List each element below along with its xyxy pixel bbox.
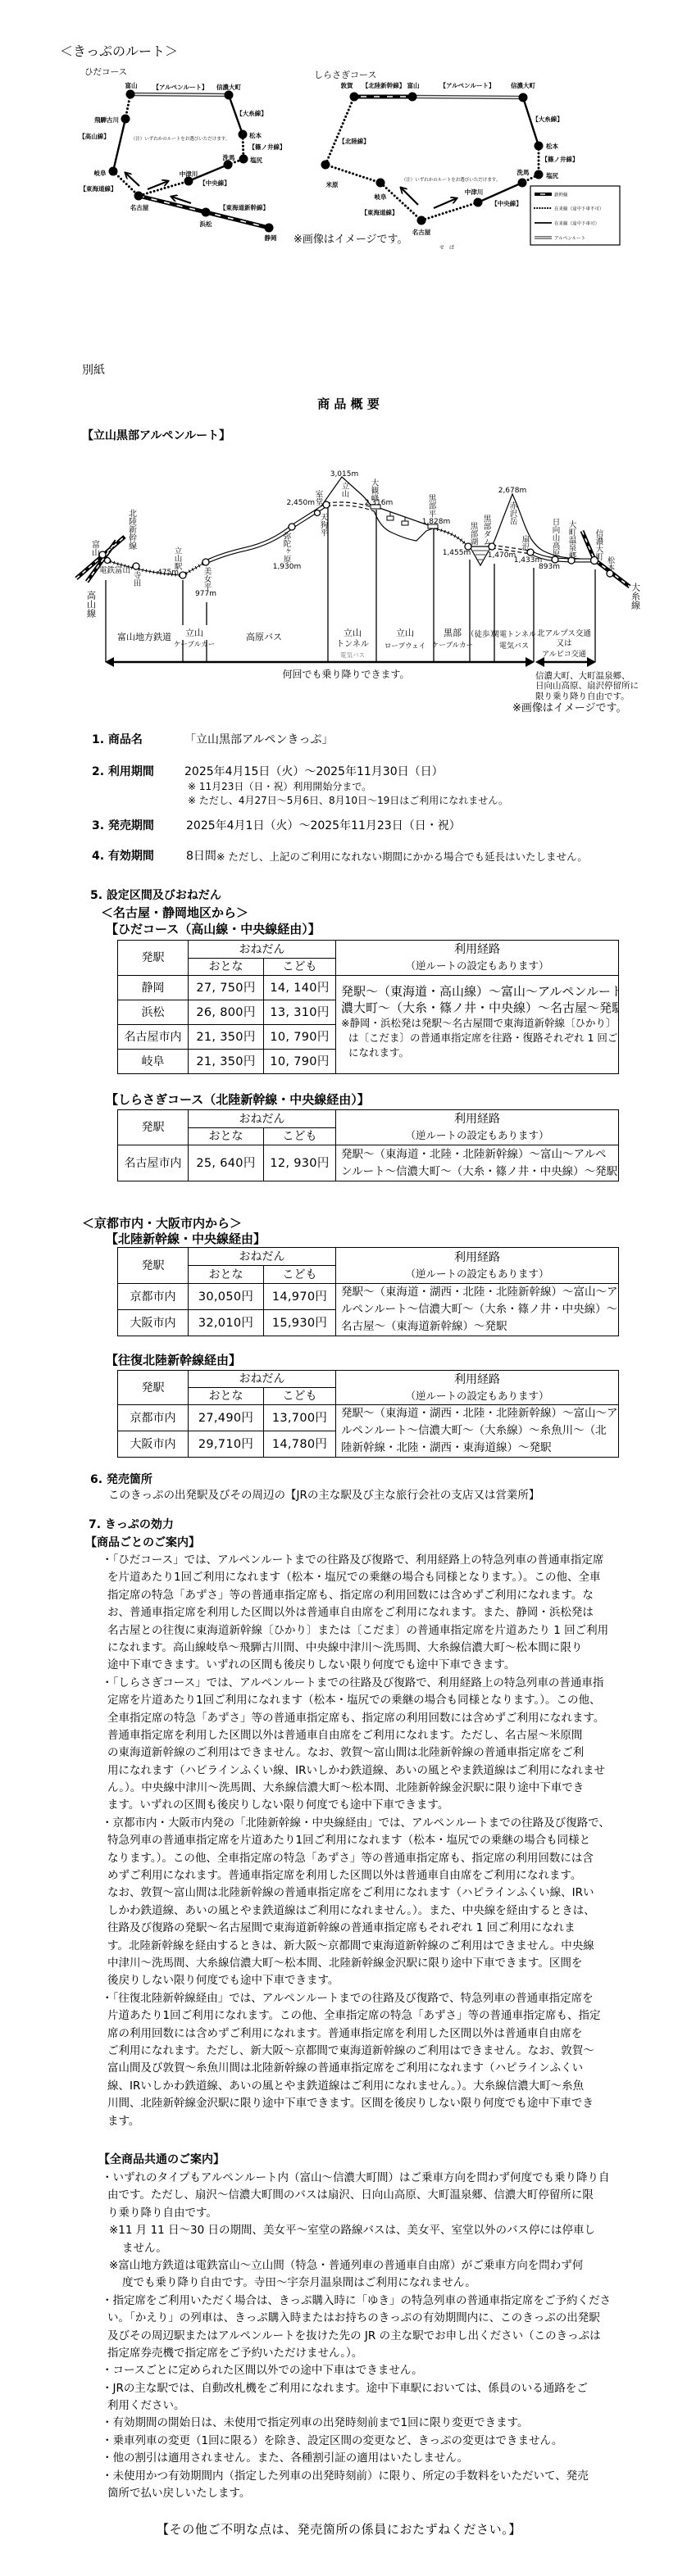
station-cell: 名古屋市内 (118, 1145, 189, 1181)
child-price-cell: 14,970円 (264, 1284, 336, 1310)
route-note-line: ※静岡・浜松発は発駅～名古屋間で東海道新幹線〔ひかり〕また (341, 1016, 618, 1031)
header-route-label: 利用経路 (336, 941, 618, 958)
header-child: こども (264, 1388, 336, 1405)
elev-label-tengudaira: 天狗平 (319, 513, 329, 537)
product-name-label: 1. 商品名 (92, 732, 143, 747)
route-cell: 発駅～（東海道・湖西・北陸・北陸新幹線）～富山～ア ルペンルート～信濃大町～（大… (336, 1405, 619, 1458)
elev-label-oito-line: 大糸線 (630, 582, 641, 610)
usage-period-note-1: ※ 11月23日（日・祝）利用開始分まで。 (188, 780, 371, 793)
fare-table-round-trip-hokuriku: 発駅 おねだん 利用経路 （逆ルートの設定もあります） おとな こども 京都市内… (117, 1370, 619, 1458)
fare-table-hokuriku-chuo: 発駅 おねだん 利用経路 （逆ルートの設定もあります） おとな こども 京都市内… (117, 1247, 619, 1336)
gondola-icon (387, 516, 394, 520)
route-line: ルペンルート～信濃大町～（大糸・篠ノ井・中央線）～ (341, 1301, 618, 1318)
line-label-oito: 【大糸線】 (236, 109, 267, 117)
region-heading-nagoya-shizuoka: ＜名古屋・静岡地区から＞ (101, 905, 248, 921)
bus-note-line-3: 限り乗り降り自由です。 (535, 691, 630, 701)
list-item: ・指定席をご利用いただく場合は、きっぷ購入時に「ゆき」の特急列車の普通車指定席を… (102, 2293, 611, 2363)
elev-alt-akazawa-peak: 2,678m (498, 487, 527, 495)
elev-label-dentetsu-toyama: 電鉄富山 (99, 565, 130, 575)
segment-kurobe-cable-sub: ケーブルカー (432, 642, 473, 650)
header-route-label: 利用経路 (336, 1249, 618, 1266)
route-line: 名古屋～（東海道新幹線）～発駅 (341, 1318, 618, 1336)
header-route: 利用経路 （逆ルートの設定もあります） (336, 1248, 619, 1284)
header-route-label: 利用経路 (336, 1111, 618, 1127)
route-line: 発駅～（東海道・北陸・北陸新幹線）～富山～アルペ (341, 1146, 618, 1163)
line-label-oito: 【大糸線】 (532, 115, 563, 123)
line-label-takayama: 【高山線】 (79, 132, 110, 140)
station-label-seba: 洗馬 (517, 168, 530, 176)
validity-label: 4. 有効期間 (92, 849, 154, 864)
elev-label-terada: 寺田 (132, 570, 142, 587)
text-line: めずご利用になれます。普通車指定席を利用した区間以外は普通車自由席をご利用になれ… (102, 1867, 610, 1884)
elev-alt-murodo: 2,450m (286, 499, 315, 507)
elev-label-midagahara: 弥陀ヶ原 (282, 532, 292, 563)
line-label-alpen: 【アルペンルート】 (152, 83, 207, 91)
elev-label-shinano-omachi: 信濃大町 (594, 528, 604, 560)
route-line: ンルート～信濃大町～（大糸・篠ノ井・中央線）～発駅 (341, 1163, 618, 1181)
header-route-sub: （逆ルートの設定もあります） (336, 1266, 618, 1282)
station-label-nagoya: 名古屋 (130, 203, 149, 211)
route-maps: ひだコース 富山 【アルペンルート】 信濃大町 飛騨古川 【高山線】 （注）いず… (0, 0, 678, 262)
line-label-tokaido-shinkansen: 【東海道新幹線】 (220, 203, 269, 211)
per-product-heading: 【商品ごとのご案内】 (85, 1535, 200, 1552)
header-price: おねだん (189, 1371, 336, 1388)
line-label-tokaido: 【東海道線】 (362, 208, 398, 216)
text-line: 名古屋との往復に東海道新幹線〔ひかり〕または〔こだま〕の普通車指定席を片道あたり… (102, 1622, 610, 1639)
text-line: ご利用になれます。ただし、新大阪～京都間で東海道新幹線のご利用はできません。なお… (102, 2043, 610, 2060)
elevation-image-note: ※画像はイメージです。 (512, 702, 626, 714)
shirasagi-stopover-lines (478, 98, 539, 202)
alpen-route-heading: 【立山黒部アルペンルート】 (82, 429, 230, 443)
line-label-chuo: 【中央線】 (199, 179, 230, 187)
segment-tateyama-ropeway-name: 立山 (396, 628, 414, 638)
text-line: り乗り降り自由です。 (102, 2205, 611, 2222)
list-item: ・いずれのタイプもアルペンルート内（富山～信濃大町間）はご乗車方向を問わず何度で… (102, 2170, 611, 2222)
text-line: の東海道新幹線のご利用はできません。なお、敦賀～富山間は北陸新幹線の普通車指定席… (102, 1744, 610, 1762)
station-label-nagoya: 名古屋 (412, 228, 431, 236)
route-line: 濃大町～（大糸・篠ノ井・中央線）～名古屋～発駅 (341, 1000, 618, 1016)
line-label-chuo: 【中央線】 (491, 199, 522, 207)
line-label-shinonoi: 【篠ノ井線】 (249, 143, 286, 151)
elev-alt-daikanbo: 2,316m (365, 499, 394, 507)
hida-route-note: （注）いずれかのルートをお選びいただけます。 (131, 135, 230, 142)
text-line: 用になれます（ハピラインふくい線、IRいしかわ鉄道線、あいの風とやま鉄道線はご利… (102, 1762, 610, 1780)
route-map-image-note: ※画像はイメージです。 (293, 234, 407, 246)
header-child: こども (264, 1266, 336, 1284)
station-label-gifu: 岐阜 (375, 193, 387, 201)
hida-route-map: ひだコース 富山 【アルペンルート】 信濃大町 飛騨古川 【高山線】 （注）いず… (79, 67, 285, 242)
header-adult: おとな (189, 1128, 264, 1145)
station-label-shiojiri: 塩尻 (546, 171, 558, 179)
text-line: 中津川～洗馬間、大糸線信濃大町～松本間、北陸新幹線金沢駅に限り途中下車できます。… (102, 1955, 610, 1972)
segment-kita-alps-name: 北アルプス交通 (537, 628, 591, 638)
shirasagi-route-note: （注）いずれかのルートをお選びいただけます。 (402, 176, 501, 183)
header-route: 利用経路 （逆ルートの設定もあります） (336, 941, 619, 976)
header-child: こども (264, 1128, 336, 1145)
header-adult: おとな (189, 1388, 264, 1405)
bus-note-line-1: 信濃大町、大町温泉郷、 (535, 670, 630, 681)
legend-shinkansen-label: 新幹線 (554, 192, 568, 198)
per-product-list: ・「ひだコース」では、アルペンルートまでの往路及び復路で、利用経路上の特急列車の… (102, 1552, 610, 2130)
adult-price-cell: 25, 640円 (189, 1145, 264, 1181)
list-item: ・他の割引は適用されません。また、各種割引証の適用はいたしません。 (102, 2450, 611, 2467)
elev-label-tateyama-peak: 立山 (340, 481, 350, 498)
elev-alt-bijodaira: 977m (195, 590, 216, 598)
text-line: しかわ鉄道線、あいの風とやま鉄道線はご利用になれません。）。また、中央線を経由す… (102, 1903, 610, 1920)
elev-label-tateyama-station: 立山駅 (173, 546, 184, 570)
station-label-shinano-omachi: 信濃大町 (216, 83, 241, 91)
usage-period-label: 2. 利用期間 (92, 764, 154, 779)
station-label-matsumoto: 松本 (545, 142, 558, 150)
header-route-label: 利用経路 (336, 1372, 618, 1388)
line-label-alpen: 【アルペンルート】 (439, 81, 494, 89)
adult-price-cell: 32,010円 (189, 1310, 264, 1336)
line-label-shinonoi: 【篠ノ井線】 (542, 155, 579, 163)
bus-road (206, 505, 594, 562)
adult-price-cell: 27, 750円 (189, 976, 264, 1000)
segment-kurobe-cable-name: 黒部 (444, 628, 462, 638)
legend-alpen-label: アルペンルート (554, 236, 585, 242)
line-label-hokuriku: 【北陸線】 (339, 137, 370, 145)
child-price-cell: 13, 310円 (264, 1000, 336, 1025)
text-line: ・JRの主な駅では、自動改札機をご利用になれます。途中下車駅においては、係員のい… (102, 2380, 611, 2397)
text-line: ・他の割引は適用されません。また、各種割引証の適用はいたしません。 (102, 2450, 611, 2467)
ticket-validity-heading: 7. きっぷの効力 (89, 1517, 174, 1534)
station-cell: 大阪市内 (118, 1310, 189, 1336)
line-label-hokuriku-shinkansen: 【北陸新幹線】 (362, 81, 406, 89)
fare-table-hida: 発駅 おねだん 利用経路 （逆ルートの設定もあります） おとな こども 静岡 2… (117, 940, 619, 1074)
document-page: ＜きっぷのルート＞ ひだコース 富山 【ア (0, 0, 678, 2576)
hida-direction-arrow-icon (171, 197, 191, 203)
child-price-cell: 15,930円 (264, 1310, 336, 1336)
hida-alpen-route-inner (130, 94, 229, 95)
list-note: ※富山地方鉄道は電鉄富山～立山間（特急・普通列車の普通車自由席）がご乗車方向を問… (102, 2257, 611, 2293)
segment-toyama-chiho-railway: 富山地方鉄道 (117, 631, 171, 642)
text-line: 途中下車できます。いずれの区間も後戻りしない限り何度でも途中下車できます。 (102, 1657, 610, 1674)
route-cell: 発駅～（東海道・湖西・北陸・北陸新幹線）～富山～ア ルペンルート～信濃大町～（大… (336, 1284, 619, 1336)
shirasagi-direction-arrow-icon (401, 188, 418, 205)
text-line: ません。 (102, 2240, 611, 2257)
segment-tateyama-cable-sub: ケーブルカー (174, 641, 215, 649)
product-name-value: 「立山黒部アルペンきっぷ」 (184, 732, 333, 747)
list-item: ・未使用かつ有効期間内（指定した列車の出発時刻前）に限り、所定の手数料をいただい… (102, 2468, 611, 2503)
station-label-shiojiri: 塩尻 (250, 156, 262, 164)
segment-tateyama-tunnel-name: 立山 (344, 628, 362, 638)
elev-label-bijodaira: 美女平 (202, 566, 212, 591)
text-line: 指定席の特急「あずさ」等の普通車指定席も、指定席の利用回数には含めずご利用になれ… (102, 1587, 610, 1604)
list-item: ・JRの主な駅では、自動改札機をご利用になれます。途中下車駅においては、係員のい… (102, 2380, 611, 2415)
header-route: 利用経路 （逆ルートの設定もあります） (336, 1110, 619, 1145)
text-line: ・いずれのタイプもアルペンルート内（富山～信濃大町間）はご乗車方向を問わず何度で… (102, 2170, 611, 2187)
elev-label-matsumoto: 松本 (606, 556, 615, 572)
elev-label-toyama: 富山 (90, 539, 100, 557)
text-line: 利用ください。 (102, 2397, 611, 2415)
station-cell: 岐阜 (118, 1050, 189, 1074)
station-label-gifu: 岐阜 (94, 169, 107, 177)
segment-tateyama-tunnel-note: 電気バス (340, 651, 365, 659)
text-line: 度でも乗り降り自由です。寺田～宇奈月温泉間はご利用になれません。 (102, 2274, 611, 2292)
segment-kita-alps-sub: 又は (556, 639, 571, 648)
list-note: ※11 月 11 日～30 日の期間、美女平～室堂の路線バスは、美女平、室堂以外… (102, 2222, 611, 2257)
fares-heading: 5. 設定区間及びおねだん (90, 888, 221, 903)
child-price-cell: 10, 790円 (264, 1050, 336, 1074)
shirasagi-direction-arrow-icon (434, 198, 457, 208)
child-price-cell: 14,780円 (264, 1431, 336, 1458)
child-price-cell: 10, 790円 (264, 1025, 336, 1050)
adult-price-cell: 29,710円 (189, 1431, 264, 1458)
route-note-line: は〔こだま〕の普通車指定席を往路・復路それぞれ 1 回ご利用 (341, 1031, 618, 1045)
text-line: ん。）。中央線中津川～洗馬間、大糸線信濃大町～松本間、北陸新幹線金沢駅に限り途中… (102, 1780, 610, 1797)
station-label-toyama: 富山 (125, 81, 138, 89)
elev-label-omachi-onsen: 大町温泉郷 (567, 519, 577, 560)
station-cell: 大阪市内 (118, 1431, 189, 1458)
station-cell: 浜松 (118, 1000, 189, 1025)
station-label-toyama: 富山 (407, 81, 420, 89)
text-line: 席の利用回数には含めずご利用になれます。普通車指定席を利用した区間以外は普通車自… (102, 2025, 610, 2043)
validity-value: 8日間 (186, 849, 216, 864)
legend-stopover-label: 在来線（途中下車可） (554, 220, 599, 227)
text-line: なります。）。この他、全車指定席の特急「あずさ」等の普通車指定席も、指定席の利用… (102, 1850, 610, 1867)
elev-label-kurobe-dam: 黒部ダム (482, 515, 492, 546)
station-label-maibara: 米原 (325, 180, 339, 188)
text-line: ※富山地方鉄道は電鉄富山～立山間（特急・普通列車の普通車自由席）がご乗車方向を問… (102, 2257, 611, 2274)
adult-price-cell: 30,050円 (189, 1284, 264, 1310)
route-line: 発駅～（東海道・高山線）～富山～アルペンルート～信 (341, 983, 618, 1000)
station-label-shinano-omachi: 信濃大町 (511, 81, 535, 89)
text-line: ・「しらさぎコース」では、アルペンルートまでの往路及び復路で、利用経路上の特急列… (102, 1675, 610, 1692)
segment-kita-alps-note: アルピコ交通 (542, 649, 586, 659)
shirasagi-alpen-route-inner (412, 97, 523, 98)
adult-price-cell: 27,490円 (189, 1405, 264, 1431)
station-label-hida-furukawa: 飛騨古川 (94, 116, 119, 124)
validity-note: ※ ただし、上記のご利用になれない期間にかかる場合でも延長はいたしません。 (216, 850, 588, 864)
elev-label-takayama-line: 高山線 (86, 590, 97, 618)
header-station: 発駅 (118, 1110, 189, 1145)
fare-table-shirasagi: 発駅 おねだん 利用経路 （逆ルートの設定もあります） おとな こども 名古屋市… (117, 1109, 619, 1181)
text-line: ・コースごとに定められた区間以外での途中下車はできません。 (102, 2362, 611, 2379)
text-line: ・乗車列車の変更（1回に限る）を除き、設定区間の変更など、きっぷの変更はできませ… (102, 2433, 611, 2450)
adult-price-cell: 21, 350円 (189, 1025, 264, 1050)
header-price: おねだん (189, 1110, 336, 1128)
bus-note-line-2: 日向山高原、扇沢停留所に (535, 680, 639, 691)
sales-location-text: このきっぷの出発駅及びその周辺の【JRの主な駅及び主な旅行会社の支店又は営業所】 (108, 1488, 539, 1503)
text-line: 特急列車の普通車指定席を片道あたり1回ご利用になれます（松本・塩尻での乗継の場合… (102, 1832, 610, 1849)
list-item: ・乗車列車の変更（1回に限る）を除き、設定区間の変更など、きっぷの変更はできませ… (102, 2433, 611, 2450)
text-line: ます。いずれの区間も後戻りしない限り何度でも途中下車できます。 (102, 1797, 610, 1814)
list-item: ・有効期間の開始日は、未使用で指定列車の出発時刻前まで1回に限り変更できます。 (102, 2415, 611, 2432)
usage-period-note-2: ※ ただし、4月27日～5月6日、8月10日～19日はご利用になれません。 (188, 794, 508, 807)
station-cell: 静岡 (118, 976, 189, 1000)
fare-table-title-shirasagi: 【しらさぎコース（北陸新幹線・中央線経由）】 (106, 1092, 370, 1108)
shirasagi-course-title: しらさぎコース (314, 70, 376, 80)
elev-alt-tateyama-peak: 3,015m (330, 470, 359, 478)
route-line: 陸新幹線・北陸・湖西・東海道線）～発駅 (341, 1440, 618, 1457)
elev-label-hinatayama: 日向山高原 (551, 518, 561, 557)
footer-inquiry-note: 【その他ご不明な点は、発売箇所の係員におたずねください。】 (0, 2520, 678, 2538)
text-line: ます。 (102, 2113, 610, 2130)
route-cell: 発駅～（東海道・高山線）～富山～アルペンルート～信 濃大町～（大糸・篠ノ井・中央… (336, 976, 619, 1074)
text-line: 往路及び復路の発駅～名古屋間で東海道新幹線の普通車指定席もそれぞれ 1 回ご利用… (102, 1920, 610, 1937)
text-line: 由です。ただし、扇沢～信濃大町間のバスは扇沢、日向山高原、大町温泉郷、信濃大町停… (102, 2187, 611, 2204)
sales-location-heading: 6. 発売箇所 (90, 1472, 152, 1487)
text-line: なお、敦賀～富山間は北陸新幹線の普通車指定席をご利用になれます（ハピラインふくい… (102, 1884, 610, 1902)
route-note-line: になれます。 (341, 1045, 618, 1060)
text-line: 片道あたり1回ご利用になれます。この他、全車指定席の特急「あずさ」等の普通車指定… (102, 2007, 610, 2025)
header-adult: おとな (189, 959, 264, 976)
list-item: ・コースごとに定められた区間以外での途中下車はできません。 (102, 2362, 611, 2379)
list-item-round-trip-hokuriku: ・「往復北陸新幹線経由」では、アルペンルートまでの往路及び復路で、特急列車の普通… (102, 1990, 610, 2130)
text-line: ・「ひだコース」では、アルペンルートまでの往路及び復路で、利用経路上の特急列車の… (102, 1552, 610, 1569)
station-label-seba: 洗馬 (223, 153, 235, 161)
text-line: 箇所で払い戻しいたします。 (102, 2485, 611, 2502)
text-line: い。「かえり」の列車は、きっぷ購入時またはお持ちのきっぷの有効期間内に、このきっ… (102, 2310, 611, 2327)
text-line: 定席を片道あたり1回ご利用になれます（松本・塩尻での乗継の場合も同様となります。… (102, 1692, 610, 1709)
header-price: おねだん (189, 1248, 336, 1266)
route-line: ルペンルート～信濃大町～（大糸線）～糸魚川～（北 (341, 1422, 618, 1440)
segment-tateyama-cable-name: 立山 (185, 628, 203, 638)
header-station: 発駅 (118, 941, 189, 976)
list-item-hida: ・「ひだコース」では、アルペンルートまでの往路及び復路で、利用経路上の特急列車の… (102, 1552, 610, 1675)
region-heading-kyoto-osaka: ＜京都市内・大阪市内から＞ (82, 1216, 242, 1231)
elev-alt-kurobe-dam: 1,470m (488, 551, 516, 560)
text-line: ・有効期間の開始日は、未使用で指定列車の出発時刻前まで1回に限り変更できます。 (102, 2415, 611, 2432)
segment-kanden-tunnel-name: 関電トンネル (492, 630, 536, 639)
text-line: ・京都市内・大阪市内発の「北陸新幹線・中央線経由」では、アルペンルートまでの往路… (102, 1815, 610, 1832)
elev-label-kurobedaira: 黒部平 (427, 494, 437, 518)
free-ride-note: 何回でも乗り降りできます。 (282, 669, 409, 680)
header-route-sub: （逆ルートの設定もあります） (336, 958, 618, 974)
route-cell: 発駅～（東海道・北陸・北陸新幹線）～富山～アルペ ンルート～信濃大町～（大糸・篠… (336, 1145, 619, 1181)
elev-label-hokuriku-shinkansen: 北陸新幹線 (127, 509, 137, 550)
text-line: になれます。高山線岐阜～飛騨古川間、中央線中津川～洗馬間、大糸線信濃大町～松本間… (102, 1639, 610, 1657)
common-heading: 【全商品共通のご案内】 (98, 2152, 225, 2169)
text-line: 及びその周辺駅またはアルペンルートを抜けた先の JR の主な駅でお申し出ください… (102, 2328, 611, 2345)
hida-course-title: ひだコース (84, 67, 127, 77)
station-label-matsumoto: 松本 (248, 131, 262, 139)
station-label-nakatsugawa: 中津川 (465, 188, 484, 196)
text-line: す。北陸新幹線を経由するときは、新大阪～京都間で東海道新幹線のご利用はできません… (102, 1938, 610, 1955)
station-label-shizuoka: 静岡 (265, 234, 277, 242)
header-price: おねだん (189, 941, 336, 959)
header-route-sub: （逆ルートの設定もあります） (336, 1388, 618, 1404)
elev-label-ogizawa: 扇沢 (521, 534, 530, 551)
text-line: 線、IRいしかわ鉄道線、あいの風とやま鉄道線はご利用になれません。）。大糸線信濃… (102, 2078, 610, 2095)
station-cell: 京都市内 (118, 1284, 189, 1310)
text-line: ・「往復北陸新幹線経由」では、アルペンルートまでの往路及び復路で、特急列車の普通… (102, 1990, 610, 2007)
segment-kanden-tunnel-sub: 電気バス (499, 641, 529, 651)
fare-table-title-round-trip-hokuriku: 【往復北陸新幹線経由】 (106, 1353, 241, 1368)
elev-alt-midagahara: 1,930m (273, 563, 302, 571)
text-line: お、普通車指定席を利用した区間以外は普通車自由席をご利用になれます。また、静岡・… (102, 1604, 610, 1621)
elev-label-kurobeko: 黒部湖 (469, 522, 479, 546)
sales-period-value: 2025年4月1日（火）～2025年11月23日（日・祝） (186, 819, 461, 833)
text-line: 普通車指定席を利用した区間以外は普通車自由席をご利用になれます。ただし、名古屋～… (102, 1727, 610, 1744)
attachment-label: 別紙 (82, 363, 105, 378)
adult-price-cell: 21, 350円 (189, 1050, 264, 1074)
elev-label-murodo: 室堂 (314, 489, 324, 506)
text-line: ・未使用かつ有効期間内（指定した列車の出発時刻前）に限り、所定の手数料をいただい… (102, 2468, 611, 2485)
elev-label-akazawa-peak: 赤沢岳 (508, 501, 518, 524)
elev-alt-hinatayama: 893m (539, 563, 560, 571)
route-line: 発駅～（東海道・湖西・北陸・北陸新幹線）～富山～ア (341, 1284, 618, 1301)
alpen-route-elevation-diagram: 富山 北陸新幹線 高山線 寺田 立山駅 美女平 弥陀ヶ原 天狗平 室堂 立山 大… (0, 451, 678, 721)
header-child: こども (264, 959, 336, 976)
segment-highland-bus: 高原バス (246, 631, 282, 642)
fare-table-title-hida: 【ひだコース（高山線・中央線経由）】 (106, 922, 321, 937)
station-cell: 京都市内 (118, 1405, 189, 1431)
station-cell: 名古屋市内 (118, 1025, 189, 1050)
elev-alt-kurobeko: 1,455m (443, 549, 471, 557)
header-route-sub: （逆ルートの設定もあります） (336, 1127, 618, 1144)
route-line: 発駅～（東海道・湖西・北陸・北陸新幹線）～富山～ア (341, 1405, 618, 1422)
text-line: 全車指定席の特急「あずさ」等の普通車指定席も、指定席の利用回数には含めずご利用に… (102, 1710, 610, 1727)
child-price-cell: 14, 140円 (264, 976, 336, 1000)
segment-tateyama-ropeway-sub: ロープウェイ (385, 642, 425, 651)
text-line: ※11 月 11 日～30 日の期間、美女平～室堂の路線バスは、美女平、室堂以外… (102, 2222, 611, 2239)
elev-alt-kurobedaira: 1,828m (422, 518, 451, 526)
station-label-tsuruga: 敦賀 (341, 81, 353, 89)
sales-period-label: 3. 発売期間 (92, 819, 154, 833)
common-list: ・いずれのタイプもアルペンルート内（富山～信濃大町間）はご乗車方向を問わず何度で… (102, 2170, 611, 2502)
elev-alt-tateyama-station: 475m (157, 569, 179, 577)
fare-table-title-hokuriku-chuo: 【北陸新幹線・中央線経由】 (106, 1231, 266, 1247)
child-price-cell: 12, 930円 (264, 1145, 336, 1181)
usage-period-value: 2025年4月15日（火）～2025年11月30日（日） (184, 764, 444, 779)
stray-furigana-label: せ ば (439, 244, 454, 251)
list-item-shirasagi: ・「しらさぎコース」では、アルペンルートまでの往路及び復路で、利用経路上の特急列… (102, 1675, 610, 1815)
line-label-tokaido: 【東海道線】 (80, 184, 117, 193)
text-line: 川間、北陸新幹線金沢駅に限り途中下車できます。区間を後戻りしない限り何度でも途中… (102, 2095, 610, 2112)
segment-tateyama-tunnel-sub: トンネル (336, 639, 369, 649)
gondola-icon (402, 521, 408, 525)
header-route: 利用経路 （逆ルートの設定もあります） (336, 1371, 619, 1405)
header-station: 発駅 (118, 1371, 189, 1405)
text-line: 後戻りしない限り何度でも途中下車できます。 (102, 1972, 610, 1989)
text-line: 富山間及び敦賀～糸魚川間は北陸新幹線の普通車指定席をご利用になれます（ハピライン… (102, 2060, 610, 2077)
text-line: 指定席券売機で指定席をご予約いただけません。）。 (102, 2345, 611, 2362)
header-station: 発駅 (118, 1248, 189, 1284)
station-label-hamamatsu: 浜松 (200, 220, 212, 228)
text-line: ・指定席をご利用いただく場合は、きっぷ購入時に「ゆき」の特急列車の普通車指定席を… (102, 2293, 611, 2310)
text-line: を片道あたり1回ご利用になれます（松本・塩尻での乗継の場合も同様となります。）。… (102, 1569, 610, 1586)
child-price-cell: 13,700円 (264, 1405, 336, 1431)
page-title: 商 品 概 要 (266, 397, 430, 412)
route-map-legend: 新幹線 在来線（途中下車不可） 在来線（途中下車可） アルペンルート (530, 186, 620, 245)
adult-price-cell: 26, 800円 (189, 1000, 264, 1025)
station-label-nakatsugawa: 中津川 (180, 170, 198, 178)
list-item-kyoto-osaka: ・京都市内・大阪市内発の「北陸新幹線・中央線経由」では、アルペンルートまでの往路… (102, 1815, 610, 1990)
legend-no-stopover-label: 在来線（途中下車不可） (554, 206, 604, 212)
header-adult: おとな (189, 1266, 264, 1284)
